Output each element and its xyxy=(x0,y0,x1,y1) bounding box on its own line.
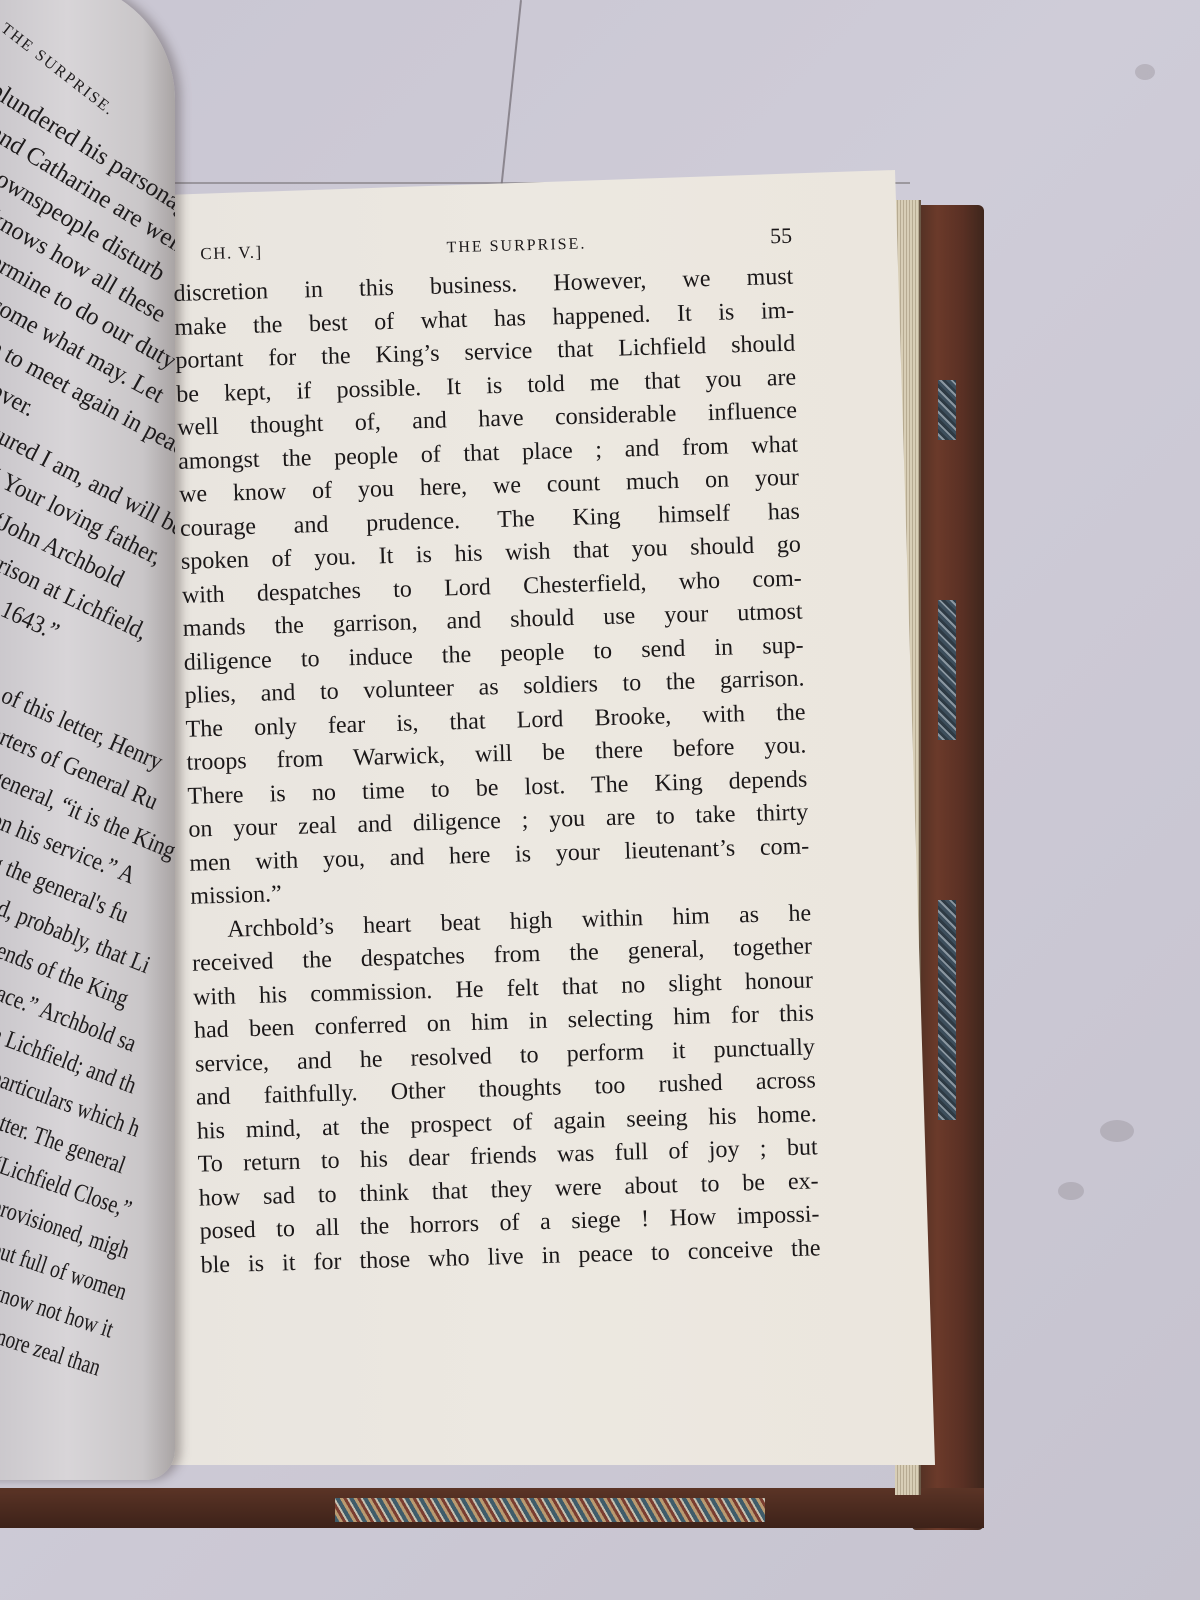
table-crack xyxy=(501,0,522,184)
running-head-title: THE SURPRISE. xyxy=(446,235,586,257)
body-text: discretion in this business. However, we… xyxy=(173,261,821,1283)
cover-marble-patch xyxy=(938,600,956,740)
page-number: 55 xyxy=(770,223,793,250)
table-stain xyxy=(1135,64,1155,80)
table-stain xyxy=(1100,1120,1134,1142)
cover-marble-patch xyxy=(938,380,956,440)
left-page: THE SURPRISE. plundered his parsonageand… xyxy=(0,0,175,1480)
chapter-marker: CH. V.] xyxy=(200,242,263,264)
cover-marble-patch xyxy=(938,900,956,1120)
cover-marble-bottom xyxy=(335,1498,765,1522)
right-page-text: CH. V.] THE SURPRISE. 55 discretion in t… xyxy=(172,223,821,1283)
table-stain xyxy=(1058,1182,1084,1200)
